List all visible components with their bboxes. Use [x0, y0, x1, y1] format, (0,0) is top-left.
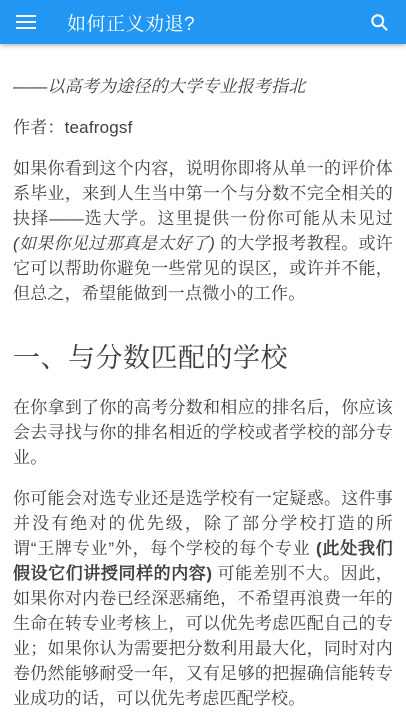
section2-text-post: 可能差别不大。因此，如果你对内卷已经深恶痛绝，不希望再浪费一年的生命在转专业考核… [13, 564, 393, 708]
section-heading: 一、与分数匹配的学校 [13, 339, 393, 377]
menu-button[interactable] [16, 15, 36, 30]
article-subtitle: ——以高考为途径的大学专业报考指北 [13, 74, 393, 99]
search-button[interactable] [369, 12, 390, 33]
intro-text-pre: 如果你看到这个内容，说明你即将从单一的评价体系毕业，来到人生当中第一个与分数不完… [13, 159, 393, 228]
intro-italic-note: (如果你见过那真是太好了) [13, 234, 215, 253]
section-paragraph-2: 你可能会对选专业还是选学校有一定疑惑。这件事并没有绝对的优先级，除了部分学校打造… [13, 486, 393, 711]
search-icon [369, 12, 390, 33]
section-paragraph-1: 在你拿到了你的高考分数和相应的排名后，你应该会去寻找与你的排名相近的学校或者学校… [13, 395, 393, 470]
intro-paragraph: 如果你看到这个内容，说明你即将从单一的评价体系毕业，来到人生当中第一个与分数不完… [13, 156, 393, 306]
app-bar: 如何正义劝退? [0, 0, 406, 44]
article-content: ——以高考为途径的大学专业报考指北 作者：teafrogsf 如果你看到这个内容… [0, 44, 406, 711]
app-title: 如何正义劝退? [67, 9, 195, 36]
article-author: 作者：teafrogsf [13, 115, 393, 140]
hamburger-icon [16, 15, 36, 30]
